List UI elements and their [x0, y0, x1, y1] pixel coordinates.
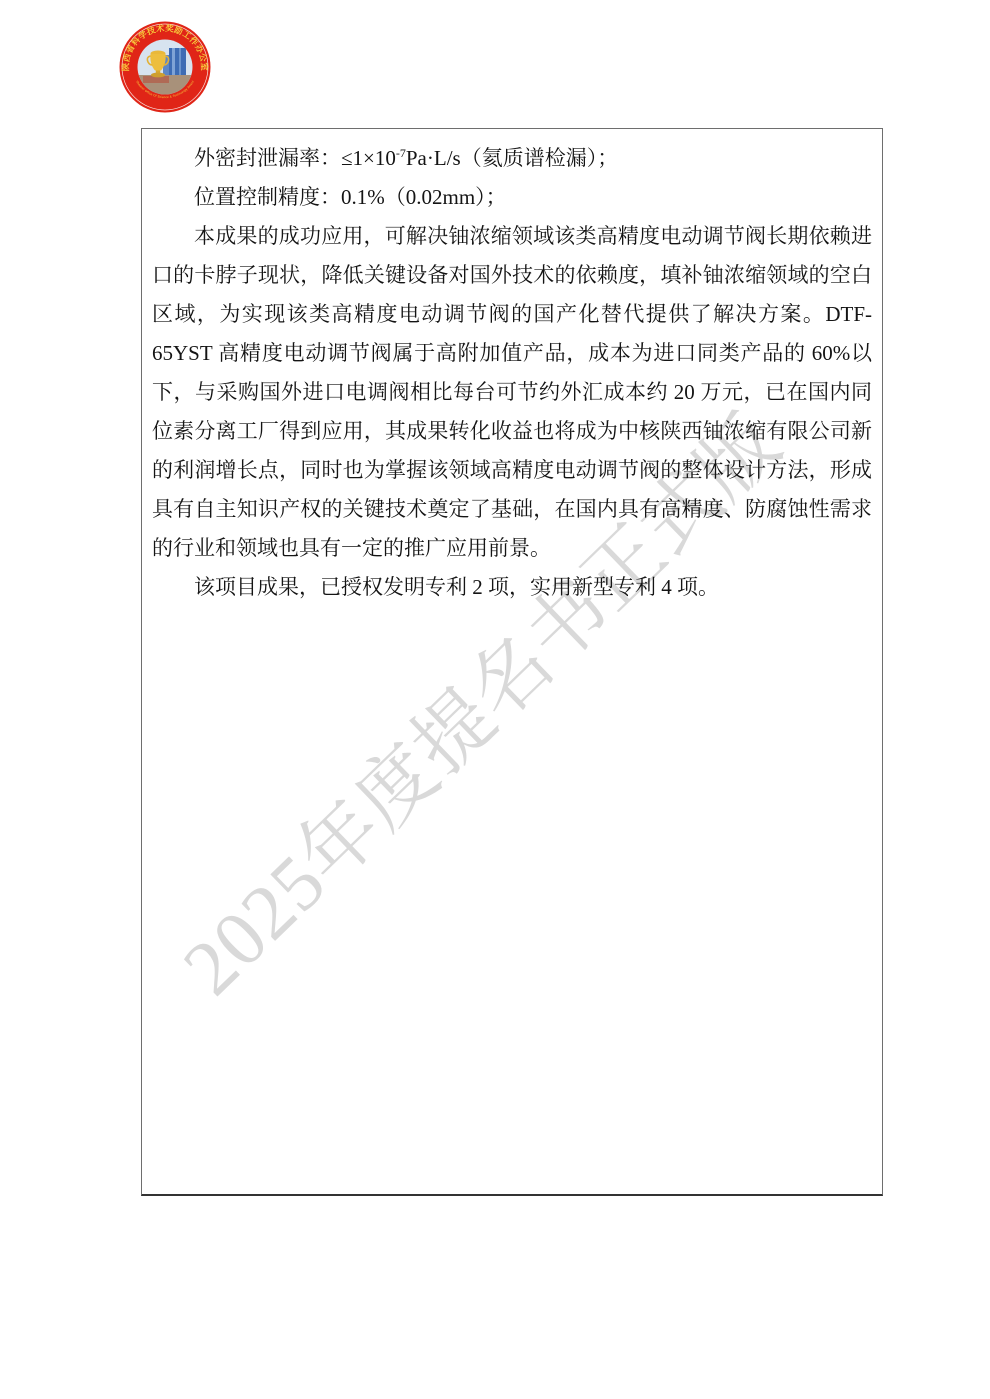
paragraph-application: 本成果的成功应用，可解决铀浓缩领域该类高精度电动调节阀长期依赖进口的卡脖子现状，… — [152, 217, 872, 568]
exponent-superscript: -7 — [396, 146, 406, 160]
building-highlight — [172, 48, 175, 76]
seal-graphic: 陕西省科学技术奖励工作办公室 Shaanxi Office Of Science… — [119, 21, 211, 113]
spec-precision-line: 位置控制精度：0.1%（0.02mm）； — [152, 178, 872, 217]
spec-leakage-line: 外密封泄漏率：≤1×10-7Pa·L/s（氦质谱检漏）； — [152, 134, 872, 178]
award-office-seal: 陕西省科学技术奖励工作办公室 Shaanxi Office Of Science… — [119, 21, 211, 113]
page: 2025年度提名书正式版 — [0, 0, 990, 1399]
content-table-cell: 外密封泄漏率：≤1×10-7Pa·L/s（氦质谱检漏）； 位置控制精度：0.1%… — [141, 128, 883, 1196]
spec-leakage-post: Pa·L/s（氦质谱检漏）； — [406, 146, 618, 170]
building-highlight — [179, 48, 181, 76]
spec-leakage-pre: 外密封泄漏率：≤1×10 — [194, 146, 396, 170]
building-icon — [169, 48, 186, 76]
paragraph-patents: 该项目成果，已授权发明专利 2 项，实用新型专利 4 项。 — [152, 568, 872, 607]
